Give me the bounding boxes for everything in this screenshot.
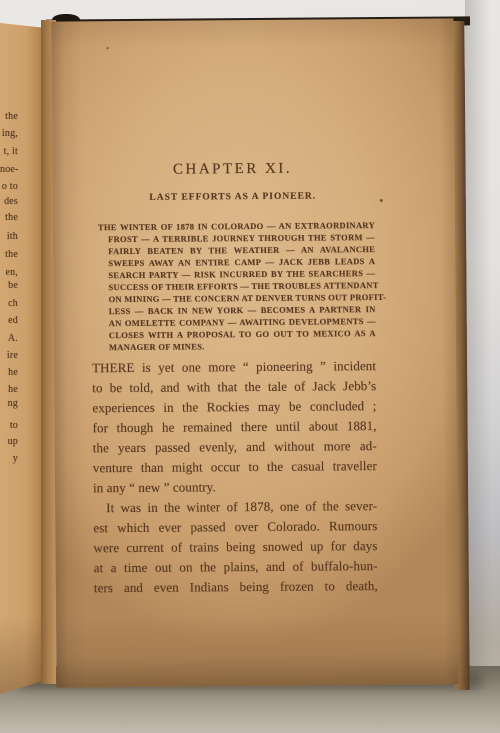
left-page-fragment: ire <box>0 351 18 361</box>
left-page-fragment: the <box>0 112 18 122</box>
left-page-fragment: t, it <box>0 147 18 157</box>
left-page-fragment: ch <box>0 299 18 309</box>
left-page-fragment: des <box>0 197 18 207</box>
chapter-summary: THE WINTER OF 1878 IN COLORADO — AN EXTR… <box>91 219 376 353</box>
left-page-fragment: noe- <box>0 165 18 175</box>
left-page-fragment: be <box>0 281 18 291</box>
body-line: were current of trains being snowed up f… <box>93 536 377 558</box>
left-page-fragment: ng <box>0 399 18 409</box>
body-line: est which ever passed over Colorado. Rum… <box>93 516 377 538</box>
body-line: experiences in the Rockies may be conclu… <box>92 396 376 418</box>
right-page: CHAPTER XI. LAST EFFORTS AS A PIONEER. T… <box>51 18 458 687</box>
left-page-fragment: up <box>0 437 18 447</box>
left-page: the ing, t, it noe- o to des the ith the… <box>0 20 46 696</box>
backdrop-shadow <box>465 0 500 690</box>
left-page-fragment: ing, <box>0 129 18 139</box>
left-page-fragment: to <box>0 421 18 431</box>
summary-line: MANAGER OF MINES. <box>109 339 376 353</box>
body-text: THERE is yet one more “ pioneering ” inc… <box>92 356 378 598</box>
body-line: at a time out on the plains, and of buff… <box>94 556 378 578</box>
page-content: CHAPTER XI. LAST EFFORTS AS A PIONEER. T… <box>89 19 378 598</box>
chapter-subtitle: LAST EFFORTS AS A PIONEER. <box>91 190 375 204</box>
book-photo-scene: the ing, t, it noe- o to des the ith the… <box>0 0 500 733</box>
body-line: to be told, and with that the tale of Ja… <box>92 376 376 398</box>
left-page-fragment: the <box>0 250 18 260</box>
body-line: ters and even Indians being frozen to de… <box>94 576 378 598</box>
chapter-heading: CHAPTER XI. <box>90 159 374 179</box>
left-page-fragment: o to <box>0 182 18 192</box>
left-page-fragment: he <box>0 368 18 378</box>
body-line: for though he remained there until about… <box>93 416 377 438</box>
left-page-fragment: A. <box>0 334 18 344</box>
body-line: in any “ new ” country. <box>93 476 377 498</box>
summary-line: CLOSES WITH A PROPOSAL TO GO OUT TO MEXI… <box>109 327 376 341</box>
left-page-fragment: y <box>0 454 18 464</box>
left-page-fragment: the <box>0 213 18 223</box>
body-line: THERE is yet one more “ pioneering ” inc… <box>92 356 376 378</box>
left-page-fragment: ed <box>0 316 18 326</box>
left-page-fragment: ith <box>0 232 18 242</box>
body-line: the years passed evenly, and without mor… <box>93 436 377 458</box>
left-page-fragment: he <box>0 385 18 395</box>
left-page-fragment: en, <box>0 268 18 278</box>
body-line: venture than might occur to the casual t… <box>93 456 377 478</box>
body-line: It was in the winter of 1878, one of the… <box>93 496 377 518</box>
page-speck <box>380 199 383 202</box>
